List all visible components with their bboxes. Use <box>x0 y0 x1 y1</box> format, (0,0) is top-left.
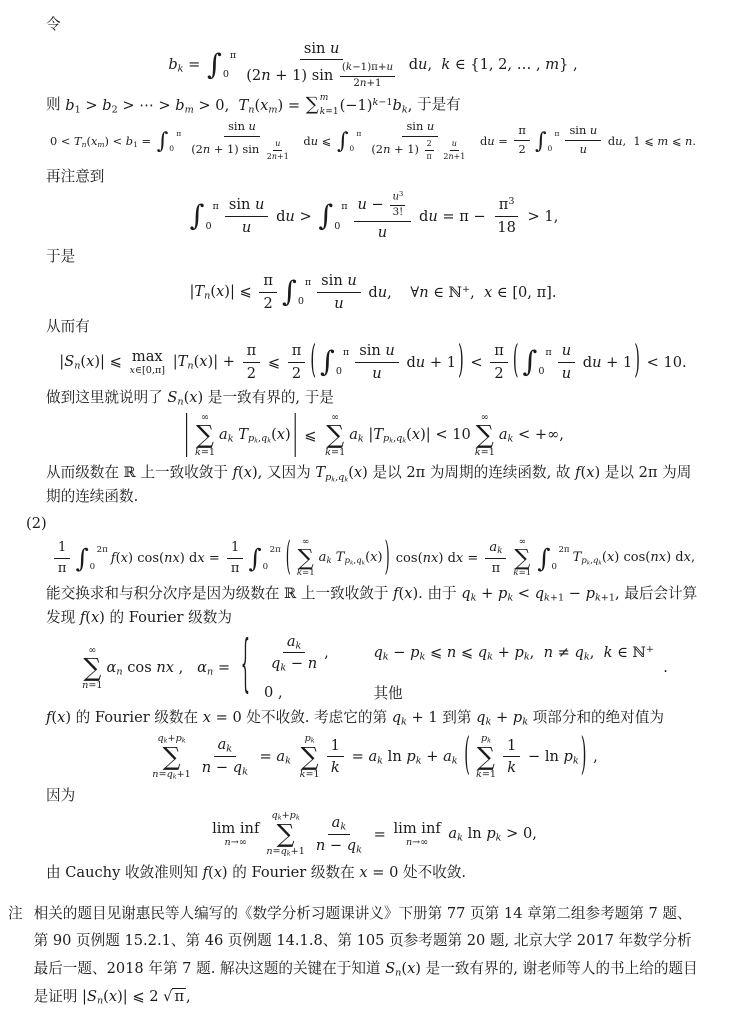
math-token: =1 <box>331 447 345 458</box>
lower-limit: 0 <box>349 145 361 153</box>
text-run: 从而有 <box>46 318 90 335</box>
math-token: ) <box>377 550 382 565</box>
math-text: |Sn(x)| ⩽ 2 <box>82 983 163 1011</box>
math-token: ℝ <box>284 585 296 602</box>
numerator: 1 <box>54 540 70 559</box>
math-token: = π − <box>438 208 491 225</box>
math-token: = 0 <box>368 864 399 881</box>
subscript: k <box>296 815 300 822</box>
paragraph: 能交换求和与积分次序是因为级数在 ℝ 上一致收敛于 f(x). 由于 qk + … <box>46 582 700 629</box>
display-formula: 1π∫2π0f(x) cos(nx) dx = 1π∫2π0(∞∑k=1ak T… <box>46 538 700 579</box>
math-token: a <box>448 825 457 842</box>
math-token: 2π <box>406 464 425 481</box>
text-run: 从而级数在 <box>46 464 124 481</box>
math-token: , <box>691 550 695 565</box>
summation: ∞∑k=1 <box>297 538 315 579</box>
lower-limit: 0 <box>263 563 281 572</box>
math-token: π <box>247 342 257 359</box>
math-row: 0 , <box>264 684 283 701</box>
inline-math: 2π <box>639 464 658 481</box>
numerator: π <box>514 124 530 141</box>
upper-limit: 2π <box>263 546 281 555</box>
fraction: π318 <box>493 196 520 237</box>
integral: ∫π0 <box>535 130 560 153</box>
math-token: S <box>167 389 177 406</box>
sum-limits: mk=1 <box>320 94 339 118</box>
integral-sign: ∫ <box>190 202 205 230</box>
sum-sign: ∑ <box>326 423 344 447</box>
sum-sign: ∑ <box>301 745 319 769</box>
math-token: m <box>268 104 277 115</box>
fraction: π2 <box>288 342 306 383</box>
math-token: ⩽ <box>263 354 285 371</box>
math-token: 3! <box>393 207 404 218</box>
fraction: sin uu <box>225 196 269 237</box>
math-text: |Sn(x)| ⩽ <box>59 353 126 371</box>
sum-lower-limit: k=1 <box>325 447 345 458</box>
math-token: − <box>564 585 586 602</box>
math-text: sin u <box>359 342 395 360</box>
math-token: =1 <box>201 447 215 458</box>
denominator: k <box>327 757 344 777</box>
math-token: p <box>498 585 507 602</box>
math-token: x <box>277 426 285 443</box>
inline-math: f(x) <box>393 585 418 602</box>
cases-cell: qk − pk ⩽ n ⩽ qk + pk, n ≠ qk, k ∈ ℕ+ <box>373 644 654 662</box>
math-token: = <box>205 551 224 566</box>
math-text: u <box>378 224 387 242</box>
paragraph: 于是 <box>46 245 700 269</box>
numerator: sin u <box>565 124 601 141</box>
math-text: 0 , <box>264 684 283 701</box>
math-token: + 1) <box>210 142 242 156</box>
integral-sign: ∫ <box>207 51 222 79</box>
math-token: ⩽ <box>318 134 335 148</box>
math-token: − <box>389 644 411 661</box>
math-row: b1 > b2 > ⋯ > bm > 0, Tn(xm) = ∑mk=1(−1)… <box>65 94 412 118</box>
math-row: |Sn(x)| ⩽ maxx∈[0,π] |Tn(x)| + π2 ⩽ π2(∫… <box>59 342 686 383</box>
subscript: m <box>185 104 194 115</box>
math-token: > <box>295 208 317 225</box>
math-token: 0 <box>349 144 354 153</box>
math-token: x <box>354 464 362 481</box>
upper-limit: 2π <box>551 546 569 555</box>
math-token: n <box>650 550 658 565</box>
integral: ∫π0 <box>282 278 311 307</box>
math-token: p <box>406 748 415 765</box>
math-text: qk − pk ⩽ n ⩽ qk + pk, n ≠ qk, k ∈ ℕ+ <box>373 644 654 662</box>
sum-sign: ∑ <box>306 96 319 114</box>
upper-limit: π <box>223 51 236 61</box>
math-token: k <box>441 56 450 73</box>
math-token: k <box>340 821 346 832</box>
sum-sign: ∑ <box>298 548 314 569</box>
math-token: cos <box>137 551 159 566</box>
math-token: T <box>373 426 383 443</box>
stretchy-delimiter: ( <box>310 355 316 370</box>
math-token: ∈ {1, 2, … , <box>450 56 545 73</box>
math-token: ) <box>285 426 291 443</box>
math-text: 2 <box>427 139 432 149</box>
text-run: 是一致有界的, 于是 <box>203 389 334 406</box>
math-token: sin <box>406 119 423 133</box>
math-token: x <box>659 550 666 565</box>
paragraph: 由 Cauchy 收敛准则知 f(x) 的 Fourier 级数在 x = 0 … <box>46 861 700 885</box>
sum-lower-limit: n=qk+1 <box>152 769 191 781</box>
math-token: , <box>427 56 441 73</box>
math-token: 其他 <box>373 685 402 702</box>
math-text: u <box>334 295 343 313</box>
math-token: n <box>308 655 317 672</box>
math-token: 0 <box>169 144 174 153</box>
math-text: du = <box>476 134 511 148</box>
math-token: m <box>320 93 329 103</box>
upper-limit: π <box>336 348 349 358</box>
math-token: a <box>218 736 227 753</box>
paragraph: 从而级数在 ℝ 上一致收敛于 f(x), 又因为 Tpk,qk(x) 是以 2π… <box>46 461 700 508</box>
numerator: (k−1)π+u <box>340 62 395 76</box>
text-run: 的 Fourier 级数在 <box>71 709 203 726</box>
math-token: 18 <box>497 219 516 236</box>
display-formula: |Tn(x)| ⩽ π2∫π0sin uu du, ∀n ∈ ℕ+, x ∈ [… <box>46 272 700 313</box>
stretchy-delimiter: ) <box>634 355 640 370</box>
math-token: (2 <box>246 67 261 84</box>
math-token: √ <box>163 983 172 1011</box>
math-text: du > <box>271 208 316 225</box>
math-token: ∈ ℕ <box>429 284 462 301</box>
denominator: 2 <box>515 141 530 157</box>
math-text: π <box>263 272 273 290</box>
upper-limit: 2π <box>90 546 108 555</box>
math-token: < +∞, <box>513 426 564 443</box>
math-text: ak <box>489 540 502 556</box>
stretchy-delimiter: { <box>241 661 250 676</box>
integral: ∫π0 <box>337 130 362 153</box>
lower-limit: 0 <box>169 145 181 153</box>
integral-sign: ∫ <box>337 130 349 152</box>
inline-math: f(x) <box>46 709 71 726</box>
math-token: =1 <box>482 769 496 780</box>
note-label: 注 <box>8 900 23 1011</box>
text-run: 的 Fourier 级数在 <box>228 864 360 881</box>
lower-limit: 0 <box>298 297 311 307</box>
math-token: b <box>65 97 74 114</box>
denominator: 2 <box>260 293 277 313</box>
integral: ∫2π0 <box>75 546 107 572</box>
limit-operator: maxx∈[0,π] <box>129 348 165 377</box>
denominator: qk − n <box>267 653 321 673</box>
math-text: sin u <box>229 196 265 214</box>
integral-sign: ∫ <box>320 348 335 376</box>
math-token: +1 <box>277 152 289 161</box>
math-text: du, k ∈ {1, 2, … , m} , <box>404 56 578 73</box>
operator-limit: x∈[0,π] <box>129 365 165 376</box>
math-token: ln <box>545 748 559 765</box>
subscript: k <box>497 546 502 556</box>
math-token: > 1, <box>523 208 558 225</box>
inline-math: Sn(x) <box>385 960 421 977</box>
inline-math: f(x) <box>233 464 258 481</box>
stretchy-delimiter: ) <box>385 552 390 565</box>
math-token: q <box>535 585 544 602</box>
math-token: = <box>273 846 281 857</box>
math-text: − ln pk <box>523 748 578 766</box>
numerator: 1 <box>327 737 344 758</box>
math-text: π3 <box>499 196 515 214</box>
math-token: 3 <box>399 190 403 198</box>
math-token: ) <box>180 551 189 566</box>
upper-limit: π <box>349 130 361 138</box>
delimiter-glyph: | <box>184 413 189 457</box>
denominator: 3! <box>391 206 406 219</box>
subscript: k <box>340 821 346 832</box>
text-run: 令 <box>46 16 61 33</box>
math-text: u <box>372 365 381 383</box>
math-token: 2 <box>247 365 256 382</box>
math-token: π <box>58 561 67 576</box>
math-token: , <box>324 644 333 661</box>
math-token: u <box>416 354 425 371</box>
inline-math: qk + pk <box>476 709 528 726</box>
numerator: 1 <box>503 737 520 758</box>
math-text: f(x) cos(nx) dx = <box>111 551 224 566</box>
math-token: S <box>87 988 97 1005</box>
math-token: π <box>492 561 501 576</box>
math-text: π <box>247 342 257 360</box>
math-text: = ak <box>255 748 296 766</box>
math-token: q <box>575 644 584 661</box>
math-row: lim infn→∞qk+pk∑n=qk+1akn − qk = lim inf… <box>209 810 537 858</box>
math-row: qk+pk∑n=qk+1akn − qk = ak pk∑k=11k = ak … <box>148 733 597 781</box>
math-token <box>333 67 338 84</box>
math-token: k <box>296 640 302 651</box>
math-token: = <box>255 748 277 765</box>
math-row: (2n + 1) sin u2n+1 <box>191 139 293 161</box>
subscript: k <box>226 744 232 755</box>
math-text: 2 <box>247 365 256 383</box>
math-token: sin <box>242 142 259 156</box>
math-text: u <box>580 143 587 157</box>
math-token: 1 <box>331 737 340 754</box>
math-token: π <box>292 342 302 359</box>
text-run: 能交换求和与积分次序是因为级数在 <box>46 585 284 602</box>
fraction: π2 <box>490 342 508 383</box>
math-token: = <box>184 56 206 73</box>
fraction: 1k <box>327 737 344 778</box>
paragraph: 从而有 <box>46 315 700 339</box>
fraction: uu <box>558 342 575 383</box>
math-text: π <box>492 561 501 577</box>
numerator: sin u <box>224 120 260 137</box>
sum-lower-limit: k=1 <box>513 569 531 579</box>
operator-name: lim inf <box>393 820 440 837</box>
summation: pk∑k=1 <box>476 733 496 780</box>
fraction: u2n+1 <box>265 139 291 161</box>
math-token: ) = <box>278 97 305 114</box>
denominator: (2n + 1) sin u2n+1 <box>187 137 297 161</box>
math-token: π <box>213 201 219 212</box>
math-token: +1 <box>550 593 564 604</box>
summation: qk+pk∑n=qk+1 <box>266 810 305 858</box>
math-token: x <box>172 551 179 566</box>
math-token: ln <box>388 748 402 765</box>
math-token: q <box>271 655 280 672</box>
numerator: ak <box>485 540 506 559</box>
note-body: 相关的题目见谢惠民等人编写的《数学分析习题课讲义》下册第 77 页第 14 章第… <box>34 900 700 1011</box>
delimiter-glyph: { <box>241 637 250 698</box>
lower-limit: 0 <box>336 367 349 377</box>
math-token: )| ⩽ <box>94 353 126 370</box>
superscript: k−1 <box>372 97 392 108</box>
math-token: 2π <box>270 545 281 555</box>
integral-sign: ∫ <box>157 130 169 152</box>
math-token: a <box>287 633 296 650</box>
numerator: sin u <box>225 196 269 217</box>
math-row: ∫π0sin uu du > ∫π0u − u33!u du = π − π31… <box>188 191 559 242</box>
math-token: π <box>518 123 526 137</box>
integral-sign: ∫ <box>75 546 88 571</box>
math-text: sin u <box>304 40 340 58</box>
math-token: n <box>447 644 456 661</box>
stretchy-delimiter: ) <box>581 750 587 765</box>
superscript: + <box>462 284 470 295</box>
math-token: n <box>316 837 325 854</box>
math-token: 2π <box>97 545 108 555</box>
math-token: k <box>296 815 300 822</box>
inline-math: f(x) <box>80 609 105 626</box>
delimiter-glyph: ( <box>464 735 470 779</box>
denominator: π <box>488 559 505 577</box>
math-text: < 10. <box>642 354 687 371</box>
math-token: m <box>545 56 559 73</box>
math-token: u <box>487 134 494 148</box>
math-row: u − u33! <box>358 191 408 219</box>
math-token: > <box>81 97 103 114</box>
paragraph: 令 <box>46 13 700 37</box>
math-token: m <box>97 139 104 148</box>
fraction: 1k <box>503 737 520 778</box>
math-token <box>291 748 296 765</box>
cases-table: akqk − n, qk − pk ⩽ n ⩽ qk + pk, n ≠ qk,… <box>264 633 654 704</box>
math-token: T <box>74 134 82 148</box>
sum-lower-limit: k=1 <box>476 769 496 780</box>
square-root: √π <box>163 983 186 1011</box>
math-token: ⩽ <box>456 644 478 661</box>
math-token: 0 <box>90 562 95 572</box>
sum-lower-limit: k=1 <box>300 769 320 780</box>
math-token: m <box>185 104 194 115</box>
math-token: ∈ [0, π]. <box>492 284 556 301</box>
integral-sign: ∫ <box>537 546 550 571</box>
math-token: 3 <box>508 197 514 208</box>
inline-math: x = 0 <box>203 709 242 726</box>
denominator: u <box>374 222 391 242</box>
denominator: 2n+1 <box>441 151 467 162</box>
math-token: + 1 <box>601 354 632 371</box>
math-text: du + 1 <box>578 354 632 371</box>
math-token: u <box>242 219 251 236</box>
subscript: k <box>573 755 579 766</box>
math-text: ak ln pk > 0, <box>444 825 537 843</box>
math-token: = <box>138 134 155 148</box>
numerator: π <box>490 342 508 363</box>
math-text: ⩽ <box>300 427 322 444</box>
math-token: − <box>367 196 389 213</box>
operator-limit: n→∞ <box>406 837 428 848</box>
math-token: α <box>107 659 117 676</box>
lower-limit: 0 <box>334 222 347 232</box>
fraction: akn − qk <box>198 736 252 777</box>
math-token: a <box>368 748 377 765</box>
math-text: αn cos nx , αn = <box>107 659 235 677</box>
math-token: u <box>330 40 339 57</box>
math-token: a <box>349 426 358 443</box>
fraction: u33! <box>390 191 405 219</box>
math-text: π <box>58 561 67 577</box>
denominator: n − qk <box>312 835 366 855</box>
numerator: sin u <box>402 120 438 137</box>
math-token: =1 <box>519 568 532 578</box>
denominator: u <box>238 217 255 237</box>
denominator: 18 <box>493 217 520 237</box>
math-text: b1 > b2 > ⋯ > bm > 0, Tn(xm) = <box>65 94 304 118</box>
denominator: 2n+1 <box>351 77 383 90</box>
sum-lower-limit: n=qk+1 <box>266 846 305 858</box>
math-token: x <box>91 609 99 626</box>
math-token: x <box>484 284 492 301</box>
math-token: . <box>654 659 668 676</box>
delimiter-glyph: ) <box>634 343 640 381</box>
math-text: π <box>292 342 302 360</box>
inline-math: b1 > b2 > ⋯ > bm > 0, Tn(xm) = ∑mk=1(−1)… <box>65 94 412 118</box>
math-text: ⩽ <box>263 354 285 371</box>
subscript: m <box>268 104 277 115</box>
math-token: a <box>443 748 452 765</box>
math-token: u <box>590 123 597 137</box>
math-token: + <box>422 748 444 765</box>
inline-math: ℝ <box>124 464 136 481</box>
document-content: 令bk = ∫π0sin u(2n + 1) sin (k−1)π+u2n+1 … <box>46 13 700 1011</box>
upper-limit: π <box>298 278 311 288</box>
integral-sign: ∫ <box>535 130 547 152</box>
math-token: b <box>168 56 177 73</box>
math-token: sin <box>321 272 343 289</box>
integral-limits: π0 <box>334 202 347 231</box>
math-token: x <box>359 864 367 881</box>
math-token: q <box>347 837 356 854</box>
math-token: π <box>174 988 184 1005</box>
integral: ∫π0 <box>207 51 236 80</box>
numerator: u <box>450 139 459 151</box>
math-token: < <box>513 585 535 602</box>
inline-math: x = 0 <box>359 864 398 881</box>
math-token: sin <box>228 119 245 133</box>
math-token: x <box>197 551 204 566</box>
math-text: du, ∀n ∈ ℕ+, x ∈ [0, π]. <box>364 284 557 301</box>
math-token: < 10. <box>642 354 687 371</box>
math-text: du + 1 <box>402 354 456 371</box>
math-row: qk − pk ⩽ n ⩽ qk + pk, n ≠ qk, k ∈ ℕ+ <box>373 644 654 662</box>
math-token: u <box>347 272 356 289</box>
cases-cell: 其他 <box>373 682 402 703</box>
math-token: d <box>368 284 377 301</box>
math-text: 2n+1 <box>443 152 465 162</box>
text-run: 处不收敛. <box>398 864 466 881</box>
integral: ∫2π0 <box>537 546 569 572</box>
math-text: |Tn(x)| ⩽ <box>189 283 256 301</box>
math-token: 0 <box>223 69 229 80</box>
sum-sign: ∑ <box>514 548 530 569</box>
